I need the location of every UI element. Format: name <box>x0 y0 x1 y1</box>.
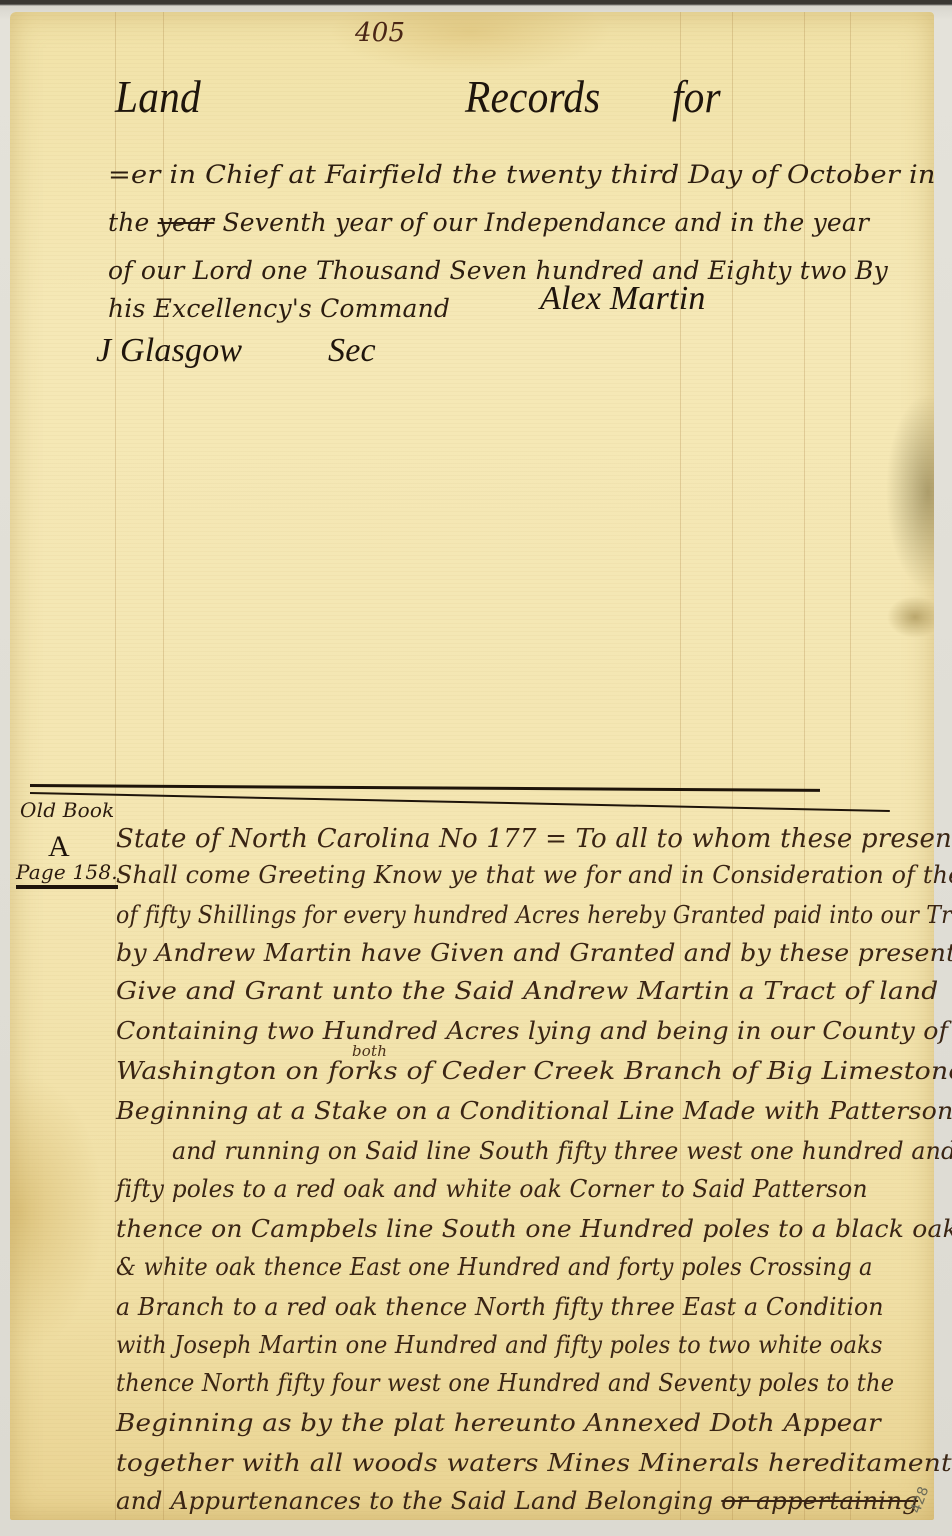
margin-old-book: Old Book <box>20 798 114 822</box>
grant-line-5: Give and Grant unto the Said Andrew Mart… <box>116 976 938 1005</box>
heading-word-for: for <box>672 70 721 123</box>
signature-glasgow: J Glasgow <box>96 332 242 370</box>
grant-line-18-text: and Appurtenances to the Said Land Belon… <box>116 1486 713 1515</box>
grant-line-1: State of North Carolina No 177 = To all … <box>116 824 952 854</box>
upper-line-4: his Excellency's Command <box>108 294 450 323</box>
grant-line-18: and Appurtenances to the Said Land Belon… <box>116 1486 918 1515</box>
margin-page-ref-text: Page 158. <box>16 860 118 889</box>
grant-line-8: Beginning at a Stake on a Conditional Li… <box>116 1096 952 1125</box>
manuscript-page: 405 Land Records for =er in Chief at Fai… <box>10 12 934 1520</box>
section-divider <box>30 784 820 792</box>
upper-line-1: =er in Chief at Fairfield the twenty thi… <box>108 160 936 189</box>
grant-line-13: a Branch to a red oak thence North fifty… <box>116 1292 884 1321</box>
grant-line-4: by Andrew Martin have Given and Granted … <box>116 938 952 967</box>
struck-tail: or appertaining <box>721 1486 918 1515</box>
grant-line-16: Beginning as by the plat hereunto Annexe… <box>116 1408 881 1437</box>
scan-frame: 405 Land Records for =er in Chief at Fai… <box>0 0 952 1536</box>
margin-book-letter: A <box>48 830 70 864</box>
struck-word: year <box>158 208 215 237</box>
grant-line-11: thence on Campbels line South one Hundre… <box>116 1214 952 1243</box>
heading-word-records: Records <box>465 70 600 123</box>
heading-word-land: Land <box>115 70 201 123</box>
signature-alex-martin: Alex Martin <box>540 280 706 318</box>
section-divider-flourish <box>30 792 890 812</box>
margin-page-ref: Page 158. <box>16 860 118 884</box>
upper-line-2-text: Seventh year of our Independance and in … <box>222 208 869 237</box>
grant-line-10: fifty poles to a red oak and white oak C… <box>116 1174 868 1203</box>
grant-line-2: Shall come Greeting Know ye that we for … <box>116 860 952 889</box>
grant-line-12: & white oak thence East one Hundred and … <box>116 1252 873 1281</box>
grant-line-3: of fifty Shillings for every hundred Acr… <box>116 900 952 929</box>
grant-line-17: together with all woods waters Mines Min… <box>116 1448 952 1477</box>
upper-line-2-prefix: the <box>108 208 150 237</box>
grant-line-6: Containing two Hundred Acres lying and b… <box>116 1016 948 1045</box>
folio-number: 405 <box>355 18 405 48</box>
secretary-title: Sec <box>328 332 376 370</box>
grant-line-9: and running on Said line South fifty thr… <box>172 1136 952 1165</box>
upper-line-3: of our Lord one Thousand Seven hundred a… <box>108 256 888 285</box>
upper-line-2: the year Seventh year of our Independanc… <box>108 208 869 237</box>
grant-line-7: Washington on forks of Ceder Creek Branc… <box>116 1056 952 1085</box>
grant-line-15: thence North fifty four west one Hundred… <box>116 1368 894 1397</box>
grant-line-14: with Joseph Martin one Hundred and fifty… <box>116 1330 883 1359</box>
